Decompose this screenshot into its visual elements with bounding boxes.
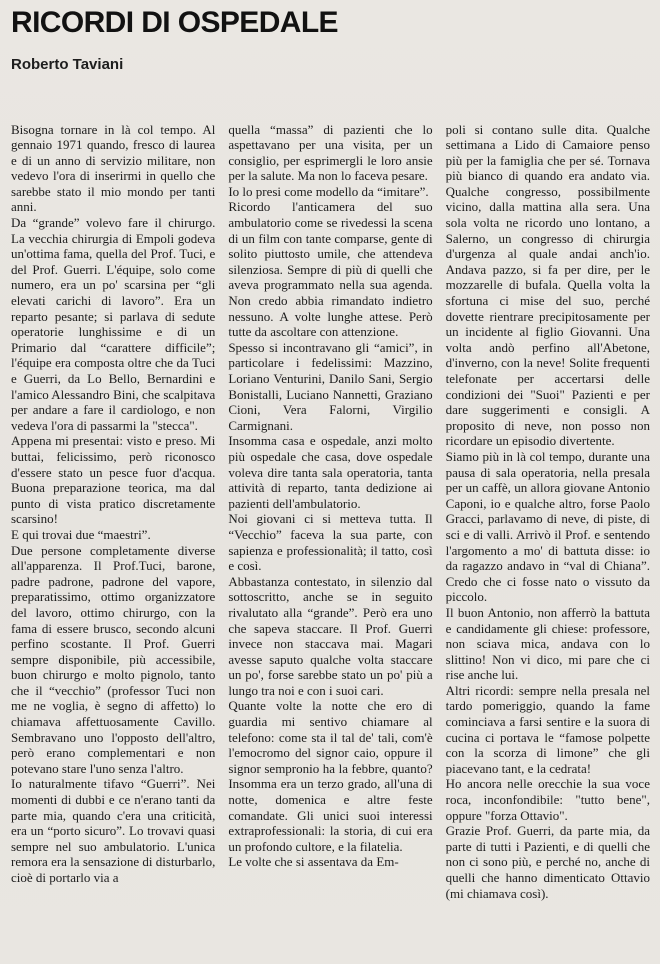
paragraph: Appena mi presentai: visto e preso. Mi b… <box>11 433 215 527</box>
paragraph: Due persone completamente diverse all'ap… <box>11 543 215 777</box>
article-body: Bisogna tornare in là col tempo. Al genn… <box>11 122 650 964</box>
text-column-2: quella “massa” di pazienti che lo aspett… <box>228 122 432 964</box>
article-author: Roberto Taviani <box>11 56 650 73</box>
paragraph: Io naturalmente tifavo “Guerri”. Nei mom… <box>11 776 215 885</box>
paragraph: Siamo più in là col tempo, durante una p… <box>446 449 650 605</box>
document-page: RICORDI DI OSPEDALE Roberto Taviani Biso… <box>0 0 660 964</box>
paragraph: Grazie Prof. Guerri, da parte mia, da pa… <box>446 823 650 901</box>
paragraph: Ho ancora nelle orecchie la sua voce roc… <box>446 776 650 823</box>
text-column-3: poli si contano sulle dita. Qualche sett… <box>446 122 650 964</box>
paragraph: Abbastanza contestato, in silenzio dal s… <box>228 574 432 699</box>
paragraph: Noi giovani ci si metteva tutta. Il “Vec… <box>228 511 432 573</box>
paragraph: Il buon Antonio, non afferrò la battuta … <box>446 605 650 683</box>
paragraph: Altri ricordi: sempre nella presala nel … <box>446 683 650 777</box>
paragraph: Le volte che si assentava da Em- <box>228 854 432 870</box>
paragraph: Ricordo l'anticamera del suo ambulatorio… <box>228 199 432 339</box>
paragraph: Io lo presi come modello da “imitare”. <box>228 184 432 200</box>
article-title: RICORDI DI OSPEDALE <box>11 7 650 39</box>
paragraph: Da “grande” volevo fare il chirurgo. La … <box>11 215 215 433</box>
paragraph: E qui trovai due “maestri”. <box>11 527 215 543</box>
text-column-1: Bisogna tornare in là col tempo. Al genn… <box>11 122 215 964</box>
paragraph: Spesso si incontravano gli “amici”, in p… <box>228 340 432 434</box>
paragraph: quella “massa” di pazienti che lo aspett… <box>228 122 432 184</box>
paragraph: Insomma casa e ospedale, anzi molto più … <box>228 433 432 511</box>
paragraph: poli si contano sulle dita. Qualche sett… <box>446 122 650 449</box>
article-header: RICORDI DI OSPEDALE Roberto Taviani <box>11 7 650 73</box>
paragraph: Bisogna tornare in là col tempo. Al genn… <box>11 122 215 216</box>
paragraph: Quante volte la notte che ero di guardia… <box>228 698 432 854</box>
